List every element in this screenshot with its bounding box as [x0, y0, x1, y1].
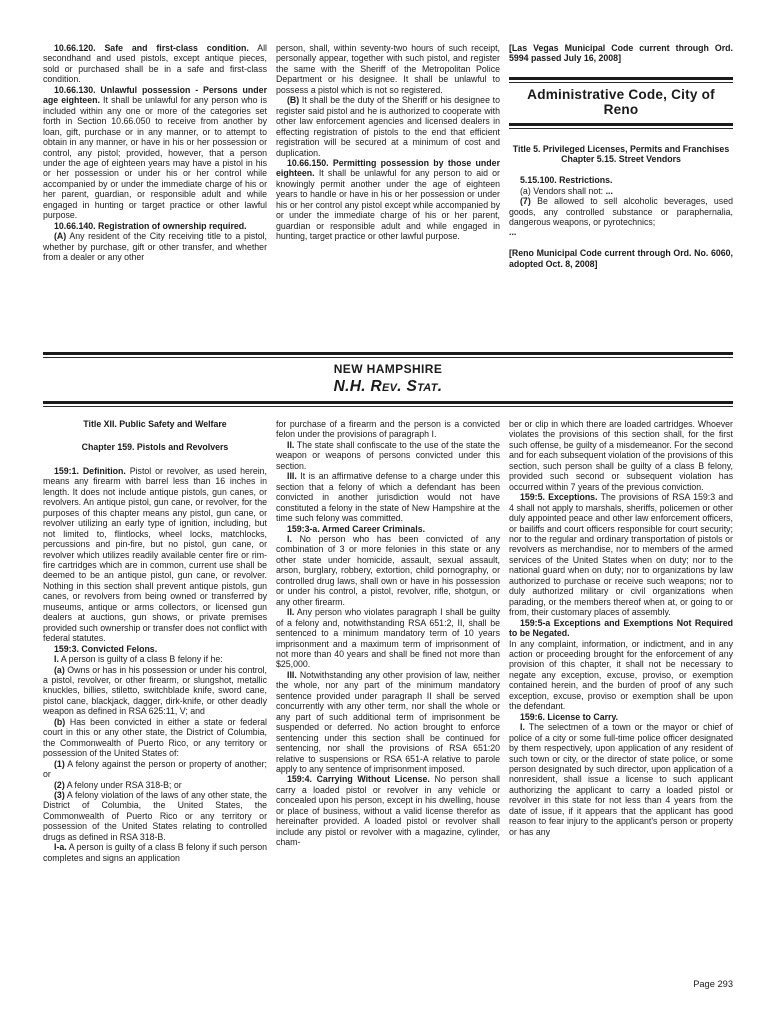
bold-lead: 10.66.140. Registration of ownership req…: [54, 221, 247, 231]
paragraph: 159:5. Exceptions. The provisions of RSA…: [509, 492, 733, 617]
bold-lead: I-a.: [54, 842, 67, 852]
bold-lead: (7): [520, 196, 531, 206]
bold-lead: (1): [54, 759, 65, 769]
bold-lead: I.: [520, 722, 525, 732]
paragraph: (B) It shall be the duty of the Sheriff …: [276, 95, 500, 158]
paragraph: 159:1. Definition. Pistol or revolver, a…: [43, 466, 267, 644]
center-heading: Chapter 159. Pistols and Revolvers: [43, 442, 267, 452]
bold-lead: 10.66.150. Permitting possession by thos…: [276, 158, 500, 178]
state-name-heading: NEW HAMPSHIRE: [43, 363, 733, 377]
bold-lead: III.: [287, 471, 297, 481]
double-rule: [509, 123, 733, 129]
column-center: for purchase of a firearm and the person…: [276, 419, 500, 863]
column-left: 10.66.120. Safe and first-class conditio…: [43, 43, 267, 269]
top-section: 10.66.120. Safe and first-class conditio…: [43, 43, 733, 269]
paragraph: (1) A felony against the person or prope…: [43, 759, 267, 780]
bold-paragraph: 159:6. License to Carry.: [509, 712, 733, 722]
bold-paragraph: [Las Vegas Municipal Code current throug…: [509, 43, 733, 64]
bold-lead: (a): [54, 665, 65, 675]
paragraph: 10.66.150. Permitting possession by thos…: [276, 158, 500, 242]
statute-code-heading: N.H. Rev. Stat.: [43, 378, 733, 395]
bold-lead: 10.66.130. Unlawful possession - Persons…: [43, 85, 267, 105]
bold-lead: (A): [54, 231, 66, 241]
double-rule-top: [43, 352, 733, 358]
bold-lead: (3): [54, 790, 65, 800]
bold-lead: ...: [509, 227, 516, 237]
bold-lead: 159:4. Carrying Without License.: [287, 774, 430, 784]
paragraph: person, shall, within seventy-two hours …: [276, 43, 500, 95]
bold-lead: [Reno Municipal Code current through Ord…: [509, 248, 733, 268]
bold-lead: 159:5. Exceptions.: [520, 492, 598, 502]
reno-banner-title: Administrative Code, City of Reno: [509, 83, 733, 123]
bold-lead: II.: [287, 440, 294, 450]
bold-paragraph: 10.66.140. Registration of ownership req…: [43, 221, 267, 231]
column-center: person, shall, within seventy-two hours …: [276, 43, 500, 269]
paragraph: III. It is an affirmative defense to a c…: [276, 471, 500, 523]
bold-lead: I.: [54, 654, 59, 664]
bold-lead: [Las Vegas Municipal Code current throug…: [509, 43, 733, 63]
bold-lead: I.: [287, 534, 292, 544]
bold-paragraph: 159:3. Convicted Felons.: [43, 644, 267, 654]
paragraph: (2) A felony under RSA 318-B; or: [43, 780, 267, 790]
paragraph: II. The state shall confiscate to the us…: [276, 440, 500, 471]
paragraph: III. Notwithstanding any other provision…: [276, 670, 500, 775]
bottom-section: Title XII. Public Safety and WelfareChap…: [43, 419, 733, 863]
paragraph: (3) A felony violation of the laws of an…: [43, 790, 267, 842]
paragraph: 10.66.120. Safe and first-class conditio…: [43, 43, 267, 85]
paragraph: (a) Owns or has in his possession or und…: [43, 665, 267, 717]
page-number: Page 293: [693, 979, 733, 990]
bold-lead: 159:6. License to Carry.: [520, 712, 618, 722]
paragraph: II. Any person who violates paragraph I …: [276, 607, 500, 670]
column-right: [Las Vegas Municipal Code current throug…: [509, 43, 733, 269]
nh-divider-banner: NEW HAMPSHIRE N.H. Rev. Stat.: [43, 352, 733, 407]
bold-paragraph: [Reno Municipal Code current through Ord…: [509, 248, 733, 269]
paragraph: (A) Any resident of the City receiving t…: [43, 231, 267, 262]
bold-paragraph: ...: [509, 227, 733, 237]
paragraph: (7) Be allowed to sell alcoholic beverag…: [509, 196, 733, 227]
bold-lead: II.: [287, 607, 294, 617]
center-heading: Chapter 5.15. Street Vendors: [509, 154, 733, 164]
bold-lead: 159:3-a. Armed Career Criminals.: [287, 524, 425, 534]
paragraph: I-a. A person is guilty of a class B fel…: [43, 842, 267, 863]
paragraph: I. The selectmen of a town or the mayor …: [509, 722, 733, 837]
bold-lead: (b): [54, 717, 65, 727]
bold-lead: 10.66.120. Safe and first-class conditio…: [54, 43, 249, 53]
bold-paragraph: 159:3-a. Armed Career Criminals.: [276, 524, 500, 534]
document-page: 10.66.120. Safe and first-class conditio…: [0, 0, 770, 1024]
center-heading: Title XII. Public Safety and Welfare: [43, 419, 267, 429]
paragraph: 159:4. Carrying Without License. No pers…: [276, 774, 500, 847]
bold-lead: (B): [287, 95, 299, 105]
bold-lead: 159:1. Definition.: [54, 466, 126, 476]
paragraph: (b) Has been convicted in either a state…: [43, 717, 267, 759]
paragraph: ber or clip in which there are loaded ca…: [509, 419, 733, 492]
paragraph: (a) Vendors shall not: ...: [509, 186, 733, 196]
paragraph: I. A person is guilty of a class B felon…: [43, 654, 267, 664]
reno-code-banner: Administrative Code, City of Reno: [509, 77, 733, 129]
bold-lead: 159:5-a Exceptions and Exemptions Not Re…: [509, 618, 733, 638]
bold-lead: 159:3. Convicted Felons.: [54, 644, 157, 654]
paragraph: for purchase of a firearm and the person…: [276, 419, 500, 440]
bold-paragraph: 5.15.100. Restrictions.: [509, 175, 733, 185]
center-heading: Title 5. Privileged Licenses, Permits an…: [509, 144, 733, 154]
bold-ellipsis: ...: [603, 186, 613, 196]
paragraph: I. No person who has been convicted of a…: [276, 534, 500, 607]
paragraph: 10.66.130. Unlawful possession - Persons…: [43, 85, 267, 221]
bold-lead: III.: [287, 670, 297, 680]
bold-lead: (2): [54, 780, 65, 790]
double-rule-bottom: [43, 401, 733, 407]
bold-lead: 5.15.100. Restrictions.: [520, 175, 612, 185]
column-left: Title XII. Public Safety and WelfareChap…: [43, 419, 267, 863]
paragraph: In any complaint, information, or indict…: [509, 639, 733, 712]
bold-paragraph: 159:5-a Exceptions and Exemptions Not Re…: [509, 618, 733, 639]
column-right: ber or clip in which there are loaded ca…: [509, 419, 733, 863]
